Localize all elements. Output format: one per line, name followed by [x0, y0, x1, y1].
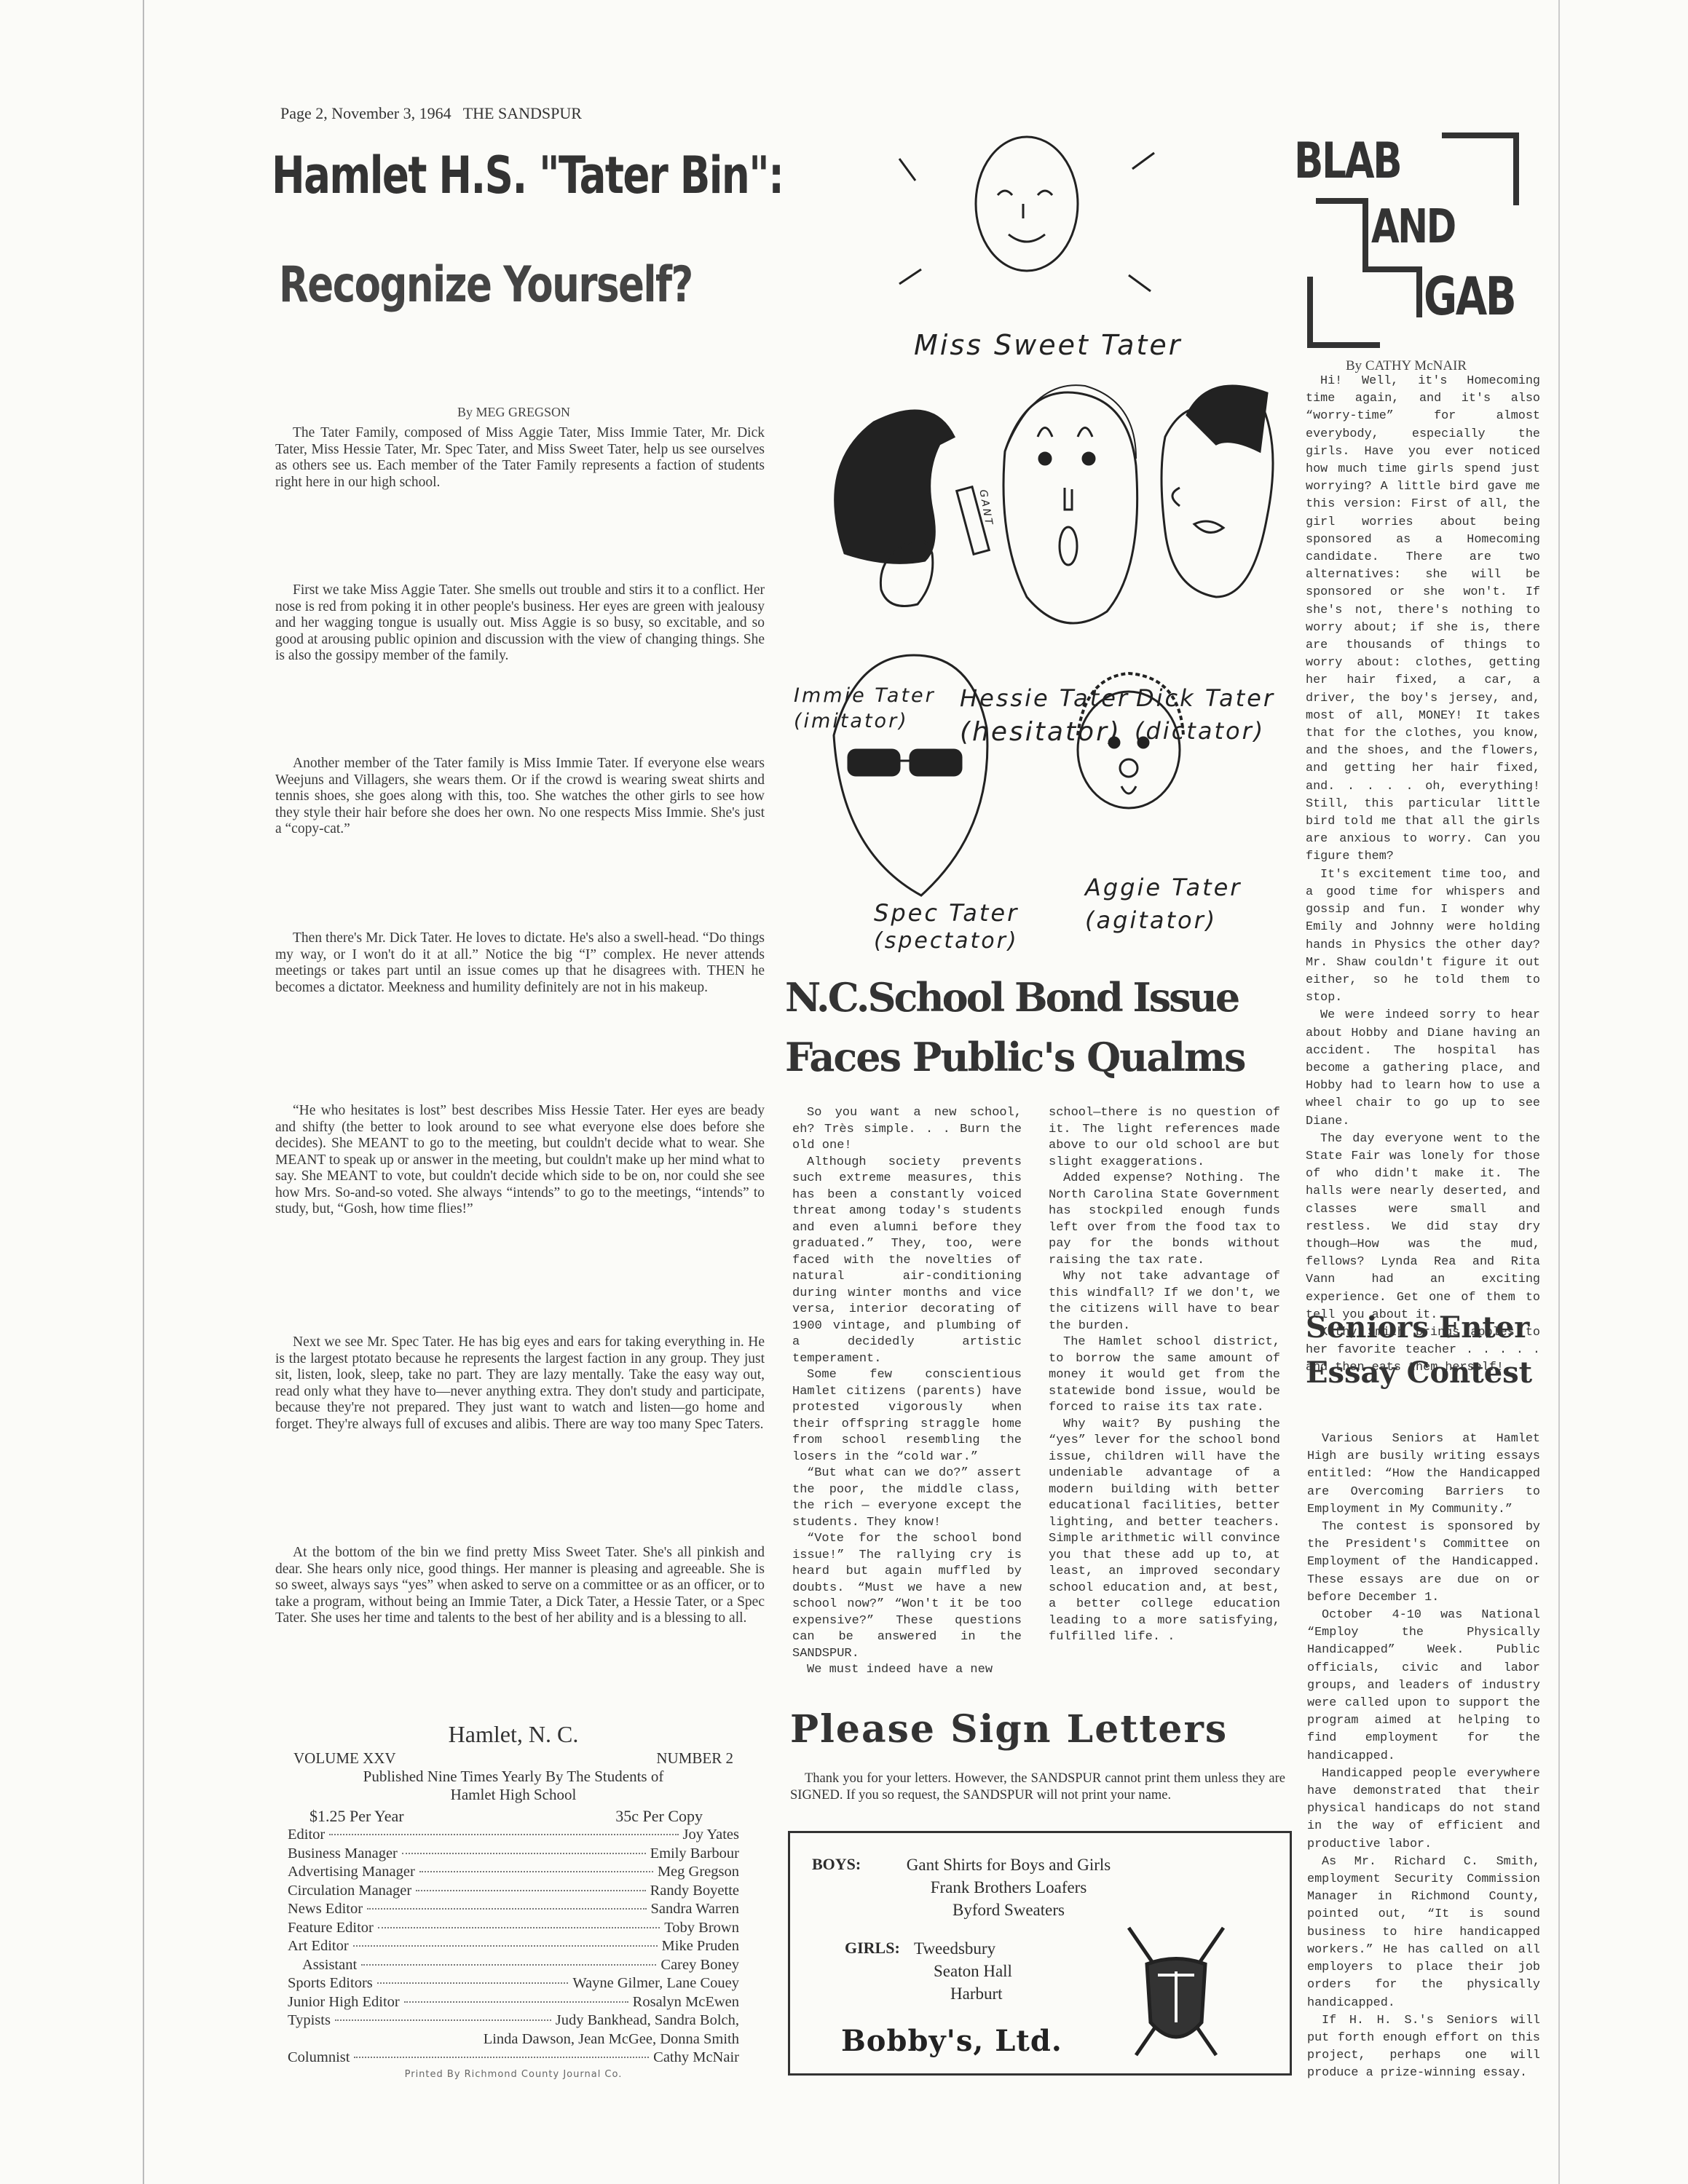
- ad-girls-items: Tweedsbury Seaton Hall Harburt: [914, 1937, 1012, 2005]
- dot-leader: [361, 1964, 656, 1966]
- masthead-published-2: Hamlet High School: [288, 1786, 739, 1804]
- blab-byline: By CATHY McNAIR: [1346, 358, 1467, 374]
- staff-row: TypistsJudy Bankhead, Sandra Bolch,: [288, 2011, 739, 2030]
- tater-paragraph-5: “He who hesitates is lost” best describe…: [275, 1103, 765, 1218]
- printer-credit: Printed By Richmond County Journal Co.: [288, 2069, 739, 2080]
- tater-headline-line2: Recognize Yourself?: [279, 256, 693, 314]
- staff-row: News EditorSandra Warren: [288, 1900, 739, 1919]
- letters-body: Thank you for your letters. However, the…: [790, 1770, 1285, 1803]
- masthead-number: NUMBER 2: [656, 1749, 733, 1768]
- blab-title-3: GAB: [1424, 266, 1515, 327]
- bond-headline-line2: Faces Public's Qualms: [785, 1034, 1245, 1080]
- price-per-year: $1.25 Per Year: [309, 1807, 404, 1826]
- dot-leader: [378, 1927, 660, 1928]
- staff-list: EditorJoy Yates Business ManagerEmily Ba…: [288, 1826, 739, 2068]
- caption-immie-name: Immie Tater: [794, 684, 936, 707]
- staff-row: Business ManagerEmily Barbour: [288, 1845, 739, 1864]
- bond-headline-line1: N.C.School Bond Issue: [785, 974, 1238, 1021]
- blab-title-2: AND: [1371, 200, 1455, 254]
- bond-column-2: school—there is no question of it. The l…: [1049, 1105, 1280, 1646]
- dot-leader: [329, 1834, 678, 1835]
- blab-body: Hi! Well, it's Homecoming time again, an…: [1306, 373, 1540, 1377]
- staff-row: Advertising ManagerMeg Gregson: [288, 1863, 739, 1882]
- tater-byline: By MEG GREGSON: [457, 405, 570, 420]
- title-bracket: [1442, 132, 1518, 138]
- dot-leader: [354, 2057, 649, 2058]
- masthead-city: Hamlet, N. C.: [288, 1720, 739, 1749]
- tater-headline-line1: Hamlet H.S. "Tater Bin":: [272, 146, 783, 205]
- dot-leader: [402, 1853, 646, 1854]
- masthead-price-row: $1.25 Per Year 35c Per Copy: [288, 1804, 739, 1826]
- ad-girls-label: GIRLS:: [845, 1939, 900, 1958]
- caption-sweet-tater: Miss Sweet Tater: [914, 329, 1182, 361]
- masthead: Hamlet, N. C. VOLUME XXV NUMBER 2 Publis…: [288, 1720, 739, 2080]
- dot-leader: [367, 1908, 646, 1910]
- page-header: Page 2, November 3, 1964 THE SANDSPUR: [280, 104, 582, 123]
- tater-paragraph-2: First we take Miss Aggie Tater. She smel…: [275, 582, 765, 665]
- title-bracket: [1513, 132, 1519, 205]
- dot-leader: [335, 2019, 551, 2021]
- crest-shield-icon: [1121, 1920, 1231, 2066]
- dot-leader: [419, 1871, 653, 1872]
- bobbys-ad: BOYS: Gant Shirts for Boys and Girls Fra…: [788, 1831, 1292, 2076]
- essay-headline-line1: Seniors Enter: [1306, 1310, 1529, 1345]
- caption-aggie-name: Aggie Tater: [1085, 874, 1242, 901]
- staff-row: Feature EditorToby Brown: [288, 1919, 739, 1938]
- title-bracket: [1307, 342, 1380, 348]
- blab-and-gab-title: BLAB AND GAB: [1293, 116, 1533, 328]
- tater-cartoon: Miss Sweet Tater GANT Immie Tater (imita…: [772, 109, 1296, 983]
- caption-dick-name: Dick Tater: [1136, 684, 1275, 712]
- bond-column-1: So you want a new school, eh? Très simpl…: [792, 1105, 1022, 1679]
- ad-store-name: Bobby's, Ltd.: [841, 2024, 1062, 2058]
- dot-leader: [377, 1982, 569, 1984]
- staff-row: ColumnistCathy McNair: [288, 2049, 739, 2068]
- tater-paragraph-7: At the bottom of the bin we find pretty …: [275, 1545, 765, 1627]
- caption-aggie-role: (agitator): [1085, 906, 1217, 934]
- masthead-published-1: Published Nine Times Yearly By The Stude…: [288, 1768, 739, 1786]
- dot-leader: [416, 1890, 645, 1891]
- title-bracket: [1362, 198, 1368, 271]
- dot-leader: [404, 2001, 628, 2003]
- title-bracket: [1316, 198, 1367, 204]
- staff-row: Sports EditorsWayne Gilmer, Lane Couey: [288, 1974, 739, 1993]
- essay-body: Various Seniors at Hamlet High are busil…: [1307, 1431, 1540, 2083]
- caption-immie-role: (imitator): [794, 710, 909, 732]
- caption-hessie-role: (hesitator): [960, 717, 1121, 747]
- tater-paragraph-6: Next we see Mr. Spec Tater. He has big e…: [275, 1334, 765, 1433]
- page-right-edge: [1558, 0, 1560, 2184]
- blab-title-1: BLAB: [1294, 132, 1400, 190]
- dot-leader: [353, 1945, 658, 1947]
- title-bracket: [1307, 277, 1313, 346]
- caption-hessie-name: Hessie Tater: [960, 684, 1129, 712]
- masthead-volume: VOLUME XXV: [293, 1749, 396, 1768]
- title-bracket: [1362, 266, 1421, 272]
- ad-boys-items: Gant Shirts for Boys and Girls Frank Bro…: [885, 1853, 1132, 1921]
- essay-headline-line2: Essay Contest: [1306, 1356, 1532, 1390]
- masthead-volume-row: VOLUME XXV NUMBER 2: [288, 1749, 739, 1768]
- staff-row: AssistantCarey Boney: [288, 1956, 739, 1975]
- tater-paragraph-3: Another member of the Tater family is Mi…: [275, 756, 765, 838]
- caption-spec-role: (spectator): [874, 928, 1019, 954]
- staff-row: EditorJoy Yates: [288, 1826, 739, 1845]
- tater-paragraph-1: The Tater Family, composed of Miss Aggie…: [275, 425, 765, 491]
- price-per-copy: 35c Per Copy: [615, 1807, 703, 1826]
- staff-row-continued: Linda Dawson, Jean McGee, Donna Smith: [288, 2030, 739, 2049]
- caption-spec-name: Spec Tater: [874, 899, 1019, 927]
- tater-paragraph-4: Then there's Mr. Dick Tater. He loves to…: [275, 930, 765, 996]
- staff-row: Circulation ManagerRandy Boyette: [288, 1882, 739, 1901]
- staff-row: Art EditorMike Pruden: [288, 1937, 739, 1956]
- sweet-tater-face-icon: [772, 109, 1296, 983]
- title-bracket: [1416, 266, 1422, 317]
- ad-boys-label: BOYS:: [812, 1855, 861, 1874]
- letters-headline: Please Sign Letters: [790, 1707, 1228, 1752]
- staff-row: Junior High EditorRosalyn McEwen: [288, 1993, 739, 2012]
- caption-dick-role: (dictator): [1135, 717, 1265, 745]
- page-left-edge: [143, 0, 144, 2184]
